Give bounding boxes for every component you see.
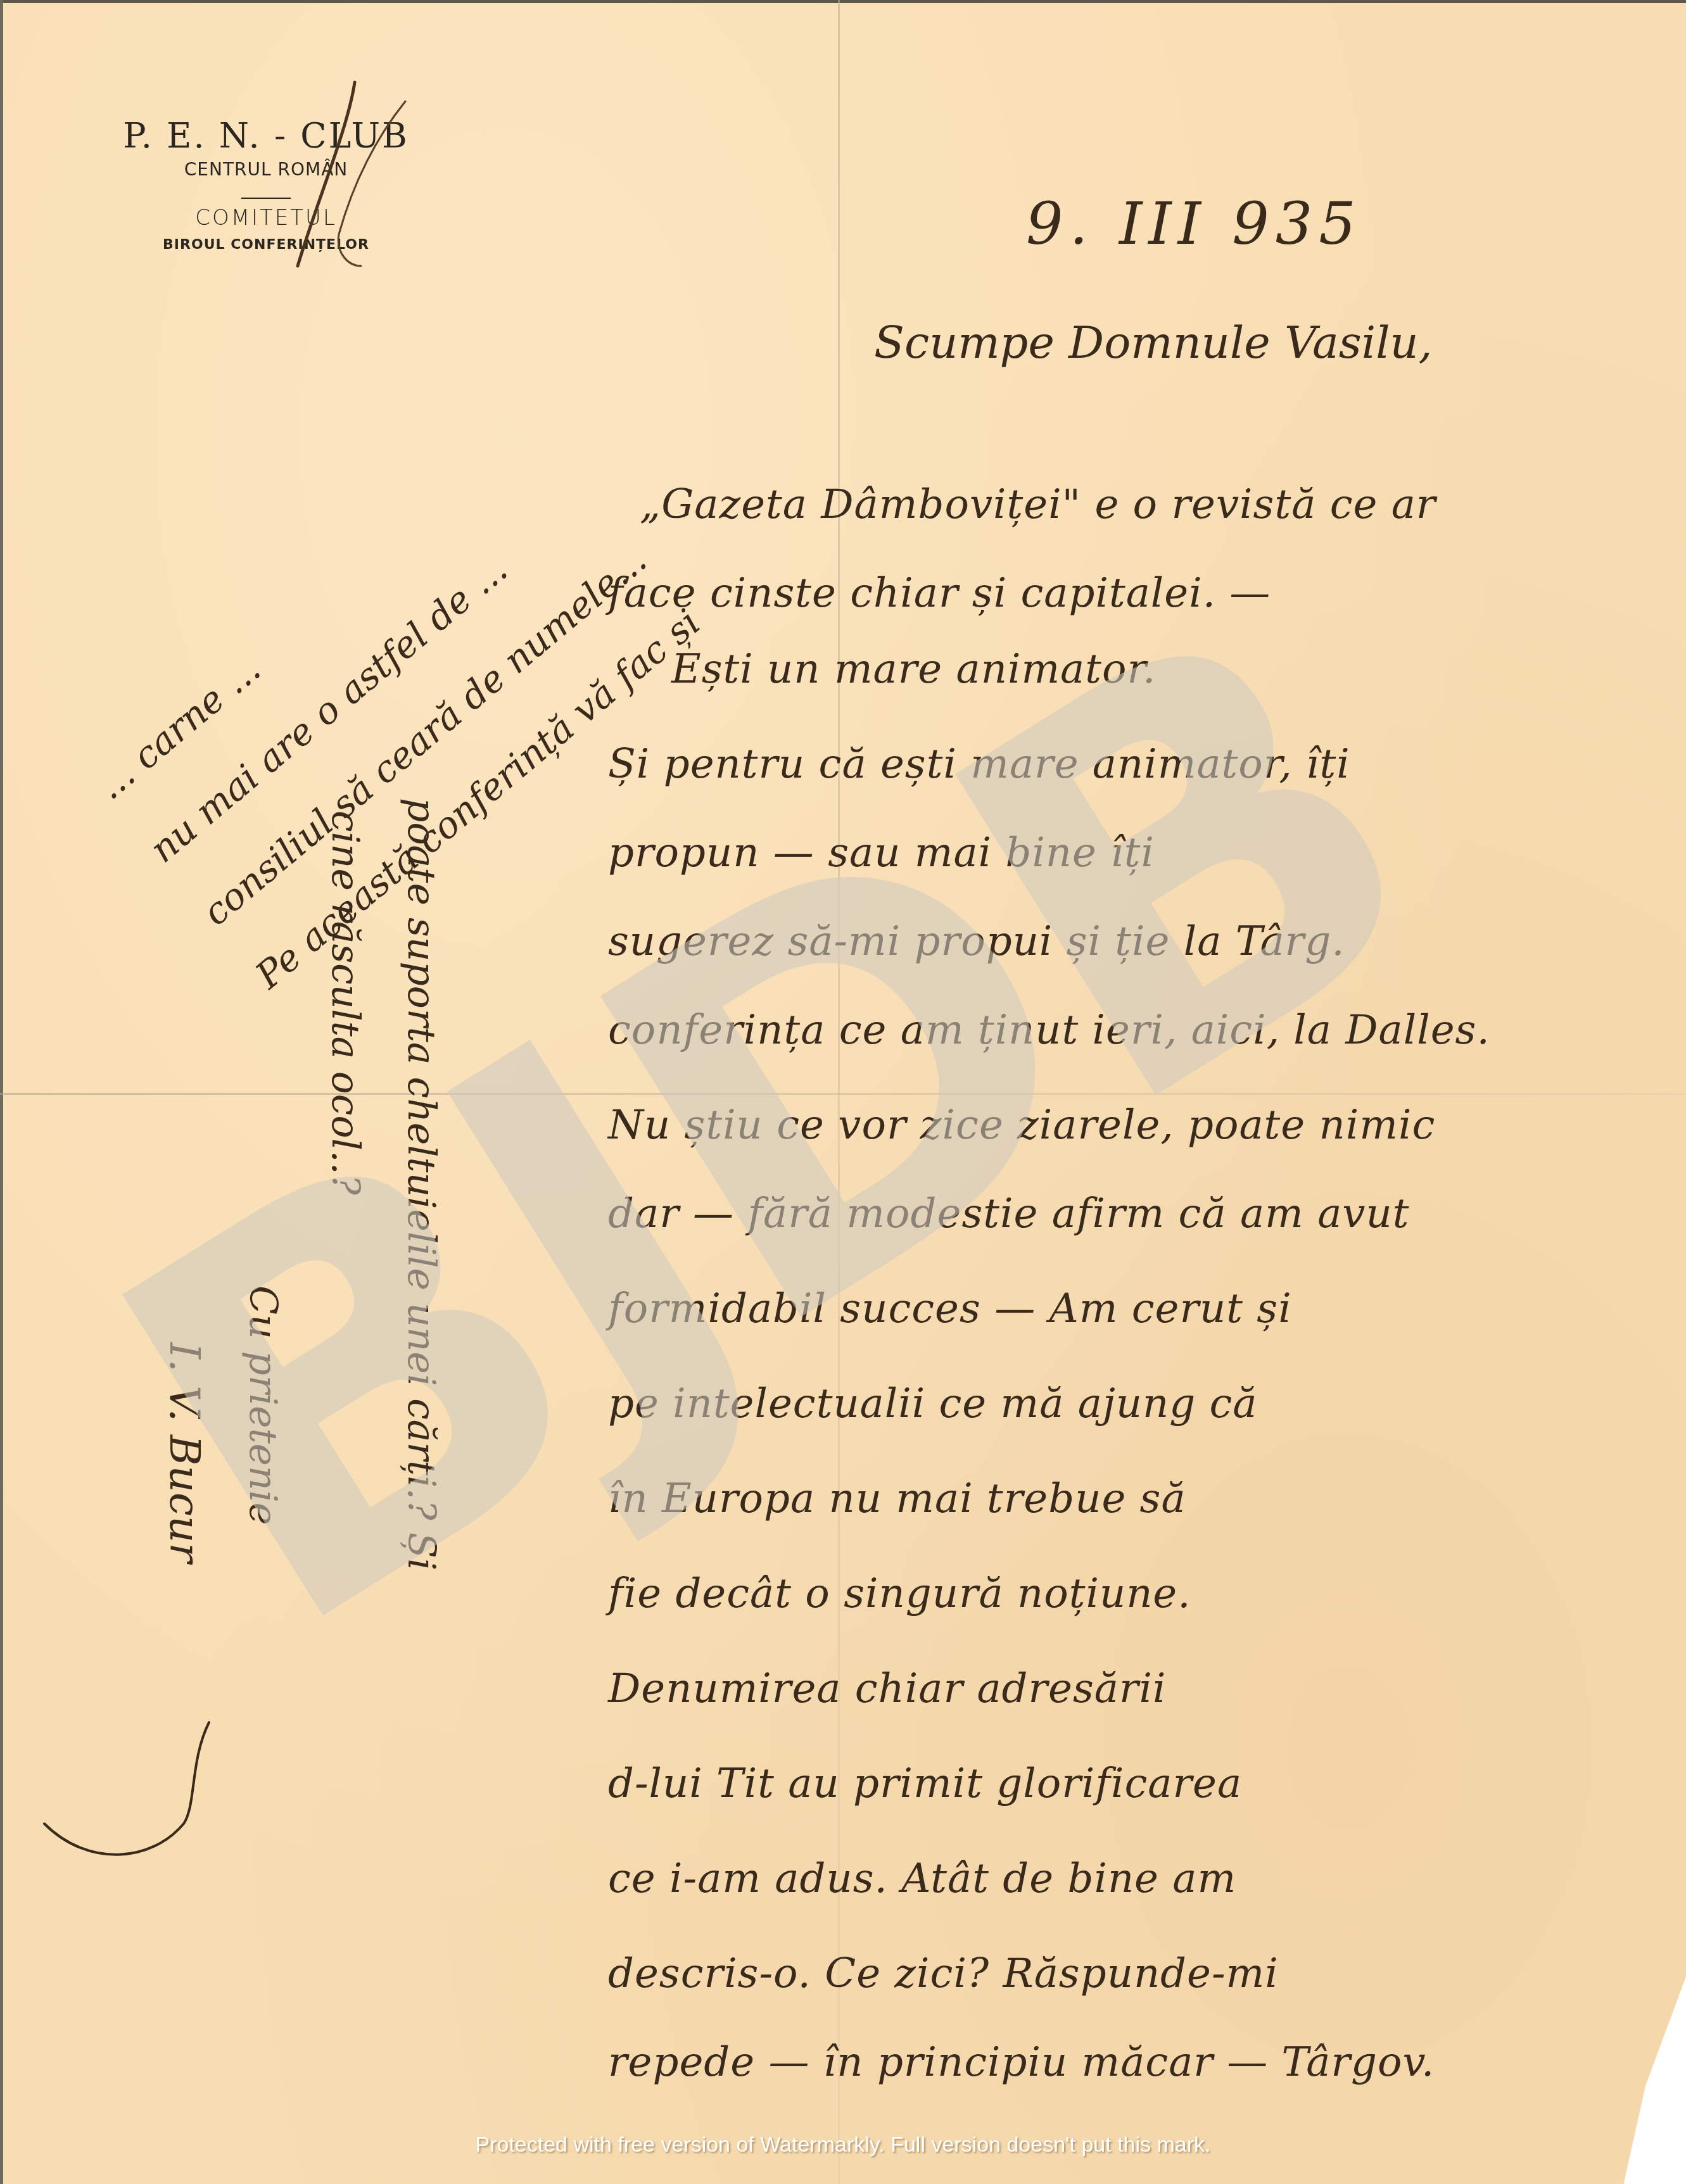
body-line: conferința ce am ținut ieri, aici, la Da… bbox=[608, 1007, 1490, 1054]
letter-date: 9. III 935 bbox=[1026, 190, 1362, 258]
body-line: fie decât o singură noțiune. bbox=[608, 1570, 1191, 1617]
body-line: „Gazeta Dâmboviței" e o revistă ce ar bbox=[640, 481, 1436, 528]
body-line: Și pentru că ești mare animator, îți bbox=[608, 741, 1350, 788]
horizontal-fold-line bbox=[0, 1093, 1686, 1095]
margin-vertical-line: poate suporta cheltuielile unei cărți.? … bbox=[399, 798, 443, 1570]
body-line: face cinste chiar și capitalei. — bbox=[608, 570, 1271, 617]
body-line: propun — sau mai bine îți bbox=[608, 830, 1155, 876]
watermarkly-notice: Protected with free version of Watermark… bbox=[0, 2133, 1686, 2157]
body-line: Ești un mare animator. bbox=[671, 646, 1156, 693]
body-line: descris-o. Ce zici? Răspunde-mi bbox=[608, 1950, 1279, 1997]
pen-scribble-icon bbox=[279, 76, 418, 279]
body-line: d-lui Tit au primit glorificarea bbox=[608, 1760, 1242, 1807]
body-line: Nu știu ce vor zice ziarele, poate nimic bbox=[608, 1102, 1435, 1149]
letter-salutation: Scumpe Domnule Vasilu, bbox=[874, 317, 1433, 369]
body-line: în Europa nu mai trebue să bbox=[608, 1475, 1186, 1522]
body-line: dar — fără modestie afirm că am avut bbox=[608, 1190, 1409, 1237]
body-line: repede — în principiu măcar — Târgov. bbox=[608, 2039, 1435, 2086]
body-line: formidabil succes — Am cerut și bbox=[608, 1285, 1292, 1332]
body-line: pe intelectualii ce mă ajung că bbox=[608, 1380, 1258, 1427]
body-line: ce i-am adus. Atât de bine am bbox=[608, 1855, 1236, 1902]
signature: I. V. Bucur bbox=[160, 1342, 209, 1563]
margin-closing: Cu prietenie bbox=[241, 1285, 285, 1525]
body-line: Denumirea chiar adresării bbox=[608, 1665, 1167, 1712]
signature-flourish-icon bbox=[38, 1710, 215, 1874]
body-line: sugerez să-mi propui și ție la Târg. bbox=[608, 918, 1345, 965]
